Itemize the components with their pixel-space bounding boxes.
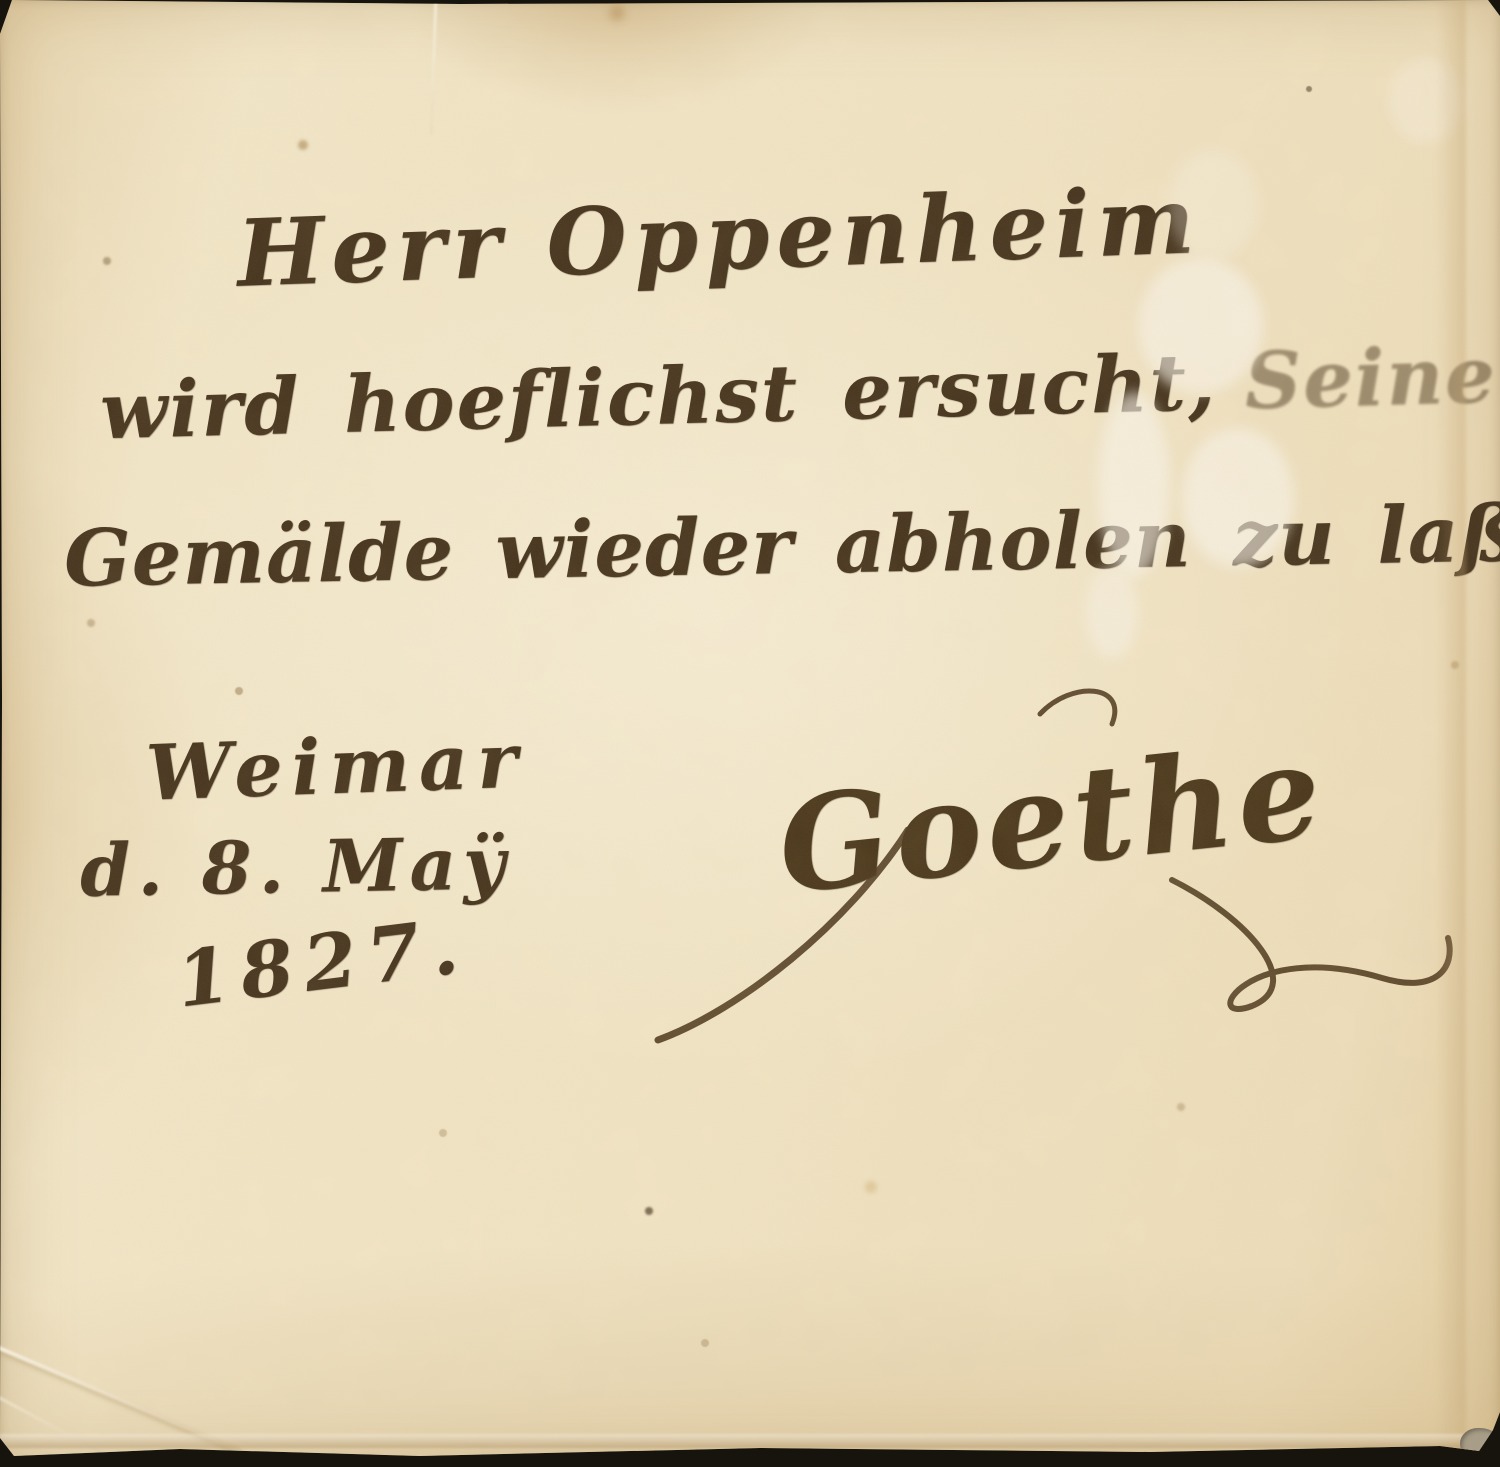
paper-bottom-edge [0,1434,1500,1448]
abrasion-patch [1388,58,1463,143]
dateline-day-month: d. 8. Maÿ [79,820,512,913]
paper-crease [430,0,438,135]
damaged-corner [1460,1428,1500,1464]
body-line-1-text: wird hoeflichst ersucht, [99,337,1218,457]
abrasion-patch [1182,428,1294,568]
abrasion-patch [1168,150,1258,260]
signature: Goethe [772,714,1333,923]
scanned-note-image: Herr Oppenheim wird hoeflichst ersucht,S… [0,0,1500,1467]
abrasion-patch [1098,392,1170,577]
salutation-line: Herr Oppenheim [235,166,1203,308]
body-line-1: wird hoeflichst ersucht,Seine [99,330,1498,458]
abrasion-patch [1138,258,1263,393]
paper-specks [0,0,6,6]
dateline-year: 1827. [172,900,474,1024]
paper-fold-crease [0,1388,135,1467]
dateline-place: Weimar [145,715,528,817]
paper-edge-shading [1436,0,1466,1467]
abrasion-patch [1086,566,1138,658]
note-paper: Herr Oppenheim wird hoeflichst ersucht,S… [0,0,1500,1467]
body-line-1-damaged-word: Seine [1244,330,1498,428]
